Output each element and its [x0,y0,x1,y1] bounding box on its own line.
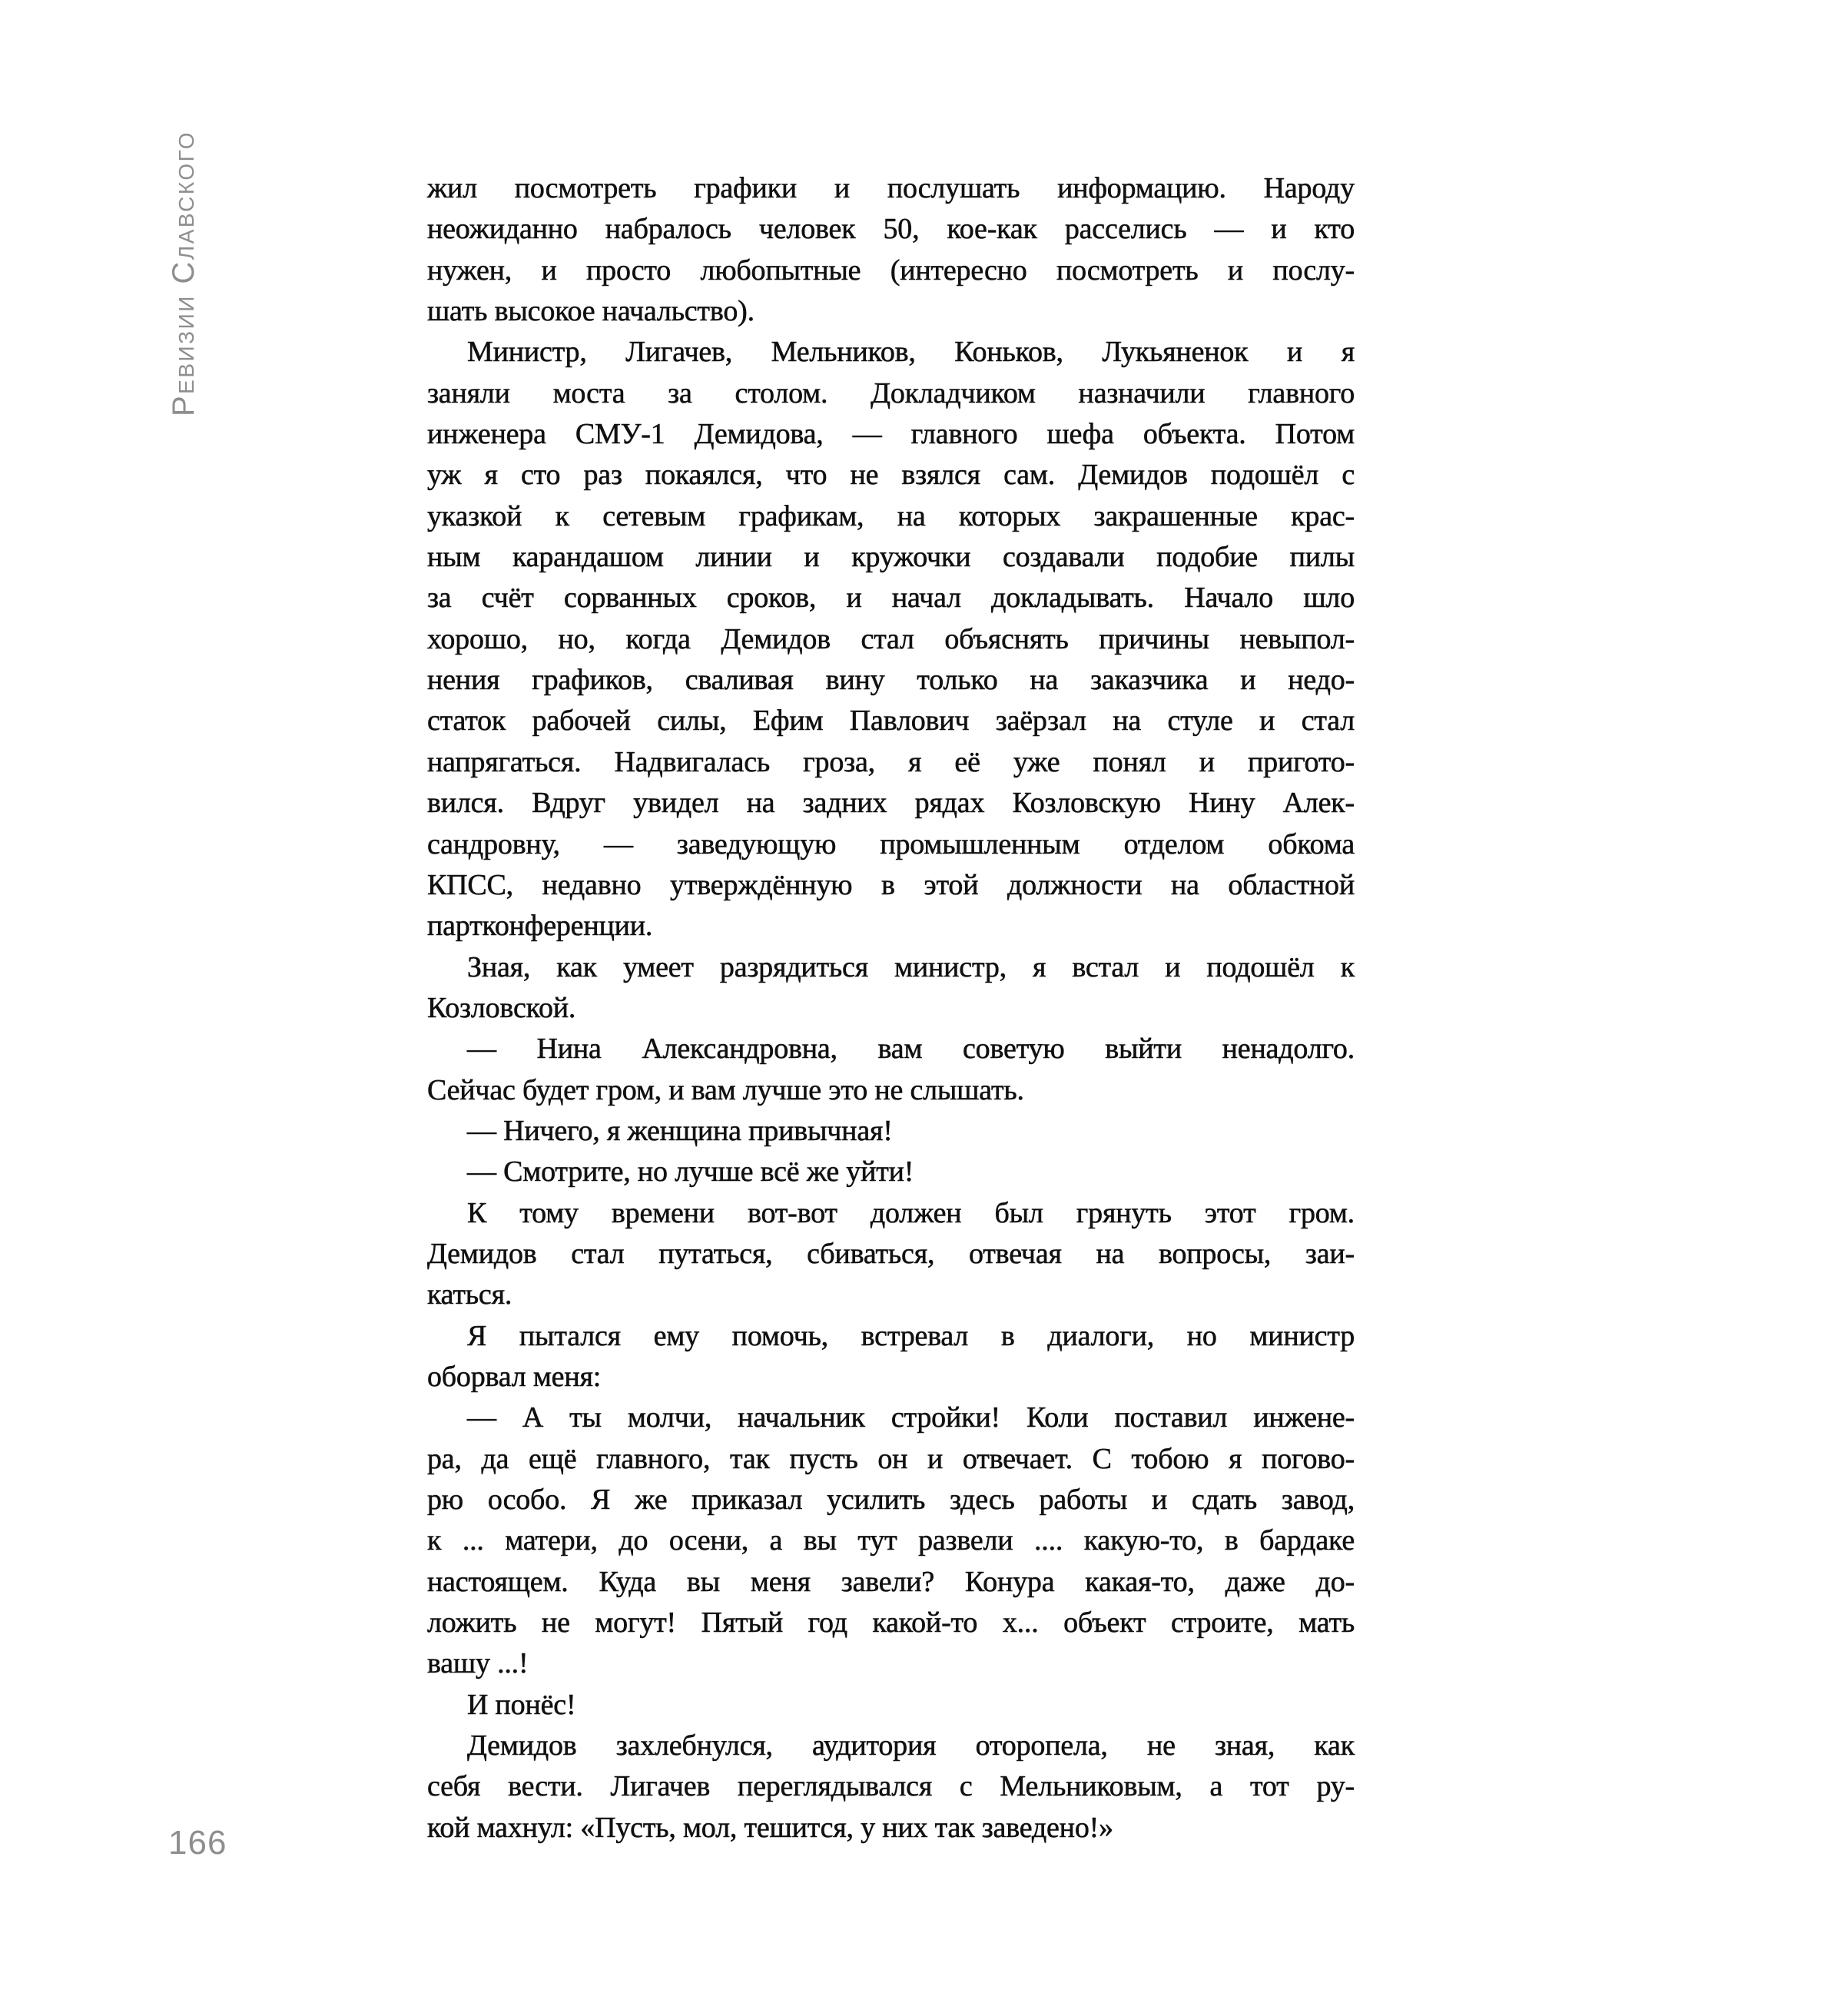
text-line: рю особо. Я же приказал усилить здесь ра… [427,1480,1355,1520]
text-line: вашу ...! [427,1643,1355,1684]
text-line: заняли моста за столом. Докладчиком назн… [427,373,1355,414]
text-line: Демидов захлебнулся, аудитория оторопела… [427,1726,1355,1766]
book-page: Ревизии Славского 166 жил посмотреть гра… [0,0,1844,2016]
text-block: жил посмотреть графики и послушать инфор… [427,168,1355,1849]
text-line: хорошо, но, когда Демидов стал объяснять… [427,619,1355,660]
page-number: 166 [168,1824,227,1862]
text-line: себя вести. Лигачев переглядывался с Мел… [427,1766,1355,1807]
text-line: КПСС, недавно утверждённую в этой должно… [427,865,1355,906]
text-line: — Нина Александровна, вам советую выйти … [427,1029,1355,1069]
text-line: кой махнул: «Пусть, мол, тешится, у них … [427,1808,1355,1849]
text-line: указкой к сетевым графикам, на которых з… [427,496,1355,537]
text-line: статок рабочей силы, Ефим Павлович заёрз… [427,701,1355,741]
text-line: ра, да ещё главного, так пусть он и отве… [427,1439,1355,1480]
text-line: напрягаться. Надвигалась гроза, я её уже… [427,742,1355,783]
text-line: И понёс! [427,1685,1355,1726]
text-line: ным карандашом линии и кружочки создавал… [427,537,1355,578]
text-line: ложить не могут! Пятый год какой-то х...… [427,1603,1355,1643]
text-line: вился. Вдруг увидел на задних рядах Козл… [427,783,1355,824]
text-line: Зная, как умеет разрядиться министр, я в… [427,947,1355,988]
text-line: оборвал меня: [427,1357,1355,1398]
text-line: — Смотрите, но лучше всё же уйти! [427,1152,1355,1192]
text-line: неожиданно набралось человек 50, кое-как… [427,209,1355,250]
text-line: сандровну, — заведующую промышленным отд… [427,824,1355,865]
text-line: Я пытался ему помочь, встревал в диалоги… [427,1316,1355,1357]
text-line: жил посмотреть графики и послушать инфор… [427,168,1355,209]
margin-running-title: Ревизии Славского [167,163,199,416]
text-line: уж я сто раз покаялся, что не взялся сам… [427,455,1355,496]
text-line: Демидов стал путаться, сбиваться, отвеча… [427,1234,1355,1275]
text-line: партконференции. [427,906,1355,947]
text-line: Министр, Лигачев, Мельников, Коньков, Лу… [427,332,1355,373]
text-line: — Ничего, я женщина привычная! [427,1111,1355,1152]
text-line: нения графиков, сваливая вину только на … [427,660,1355,701]
text-line: за счёт сорванных сроков, и начал доклад… [427,578,1355,618]
text-line: К тому времени вот-вот должен был грянут… [427,1193,1355,1234]
text-line: Сейчас будет гром, и вам лучше это не сл… [427,1070,1355,1111]
text-line: настоящем. Куда вы меня завели? Конура к… [427,1562,1355,1603]
text-line: Козловской. [427,988,1355,1029]
text-line: шать высокое начальство). [427,291,1355,332]
text-line: — А ты молчи, начальник стройки! Коли по… [427,1398,1355,1438]
text-line: нужен, и просто любопытные (интересно по… [427,250,1355,291]
text-line: к ... матери, до осени, а вы тут развели… [427,1520,1355,1561]
text-line: каться. [427,1275,1355,1315]
text-line: инженера СМУ-1 Демидова, — главного шефа… [427,414,1355,455]
